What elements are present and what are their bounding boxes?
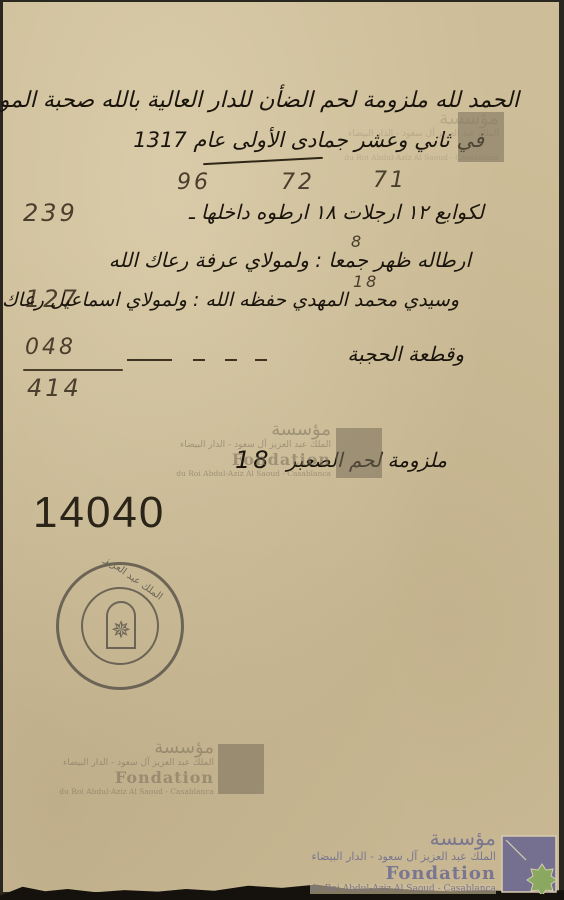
superscript-96: 96: [177, 170, 211, 195]
watermark-middle: مؤسسة الملك عبد العزيز آل سعود - الدار ا…: [176, 419, 331, 478]
seal-inner-ring: ✵: [81, 587, 159, 665]
watermark-logo-middle: [336, 428, 382, 478]
manuscript-line-6: وقطعة الحجبة: [347, 342, 464, 366]
dash-line: [127, 359, 172, 361]
watermark-logo-lower: [218, 744, 264, 794]
margin-number-414: 414: [27, 374, 82, 402]
margin-number-239: 239: [23, 199, 78, 227]
foundation-logo-icon: [500, 834, 558, 894]
manuscript-page: الحمد لله ملزومة لحم الضأن للدار العالية…: [3, 2, 559, 892]
catalog-number: 14040: [33, 488, 165, 538]
dash-line: [193, 359, 205, 361]
seal-rosette-icon: ✵: [108, 617, 134, 643]
superscript-71: 71: [373, 168, 407, 193]
manuscript-line-5: وسيدي محمد المهدي حفظه الله : ولمولاي اس…: [0, 289, 459, 311]
watermark-logo-top: [458, 112, 504, 162]
watermark-bottom: مؤسسة الملك عبد العزيز آل سعود - الدار ا…: [310, 826, 496, 894]
date-underline: [203, 157, 323, 165]
superscript-72: 72: [281, 170, 315, 195]
margin-number-048: 048: [25, 335, 76, 360]
dash-line: [225, 359, 237, 361]
sum-line: [23, 369, 123, 371]
watermark-lower: مؤسسة الملك عبد العزيز آل سعود - الدار ا…: [59, 737, 214, 796]
seal-stamp: ✵ الملك عبد العزيز: [56, 562, 184, 690]
dash-line: [255, 359, 267, 361]
manuscript-line-3: لكوابع ١٢ ارجلات ١٨ ارطوه داخلها ـ: [189, 200, 484, 224]
manuscript-line-4: ارطاله ظهر جمعا : ولمولاي عرفة رعاك الله: [109, 248, 471, 272]
